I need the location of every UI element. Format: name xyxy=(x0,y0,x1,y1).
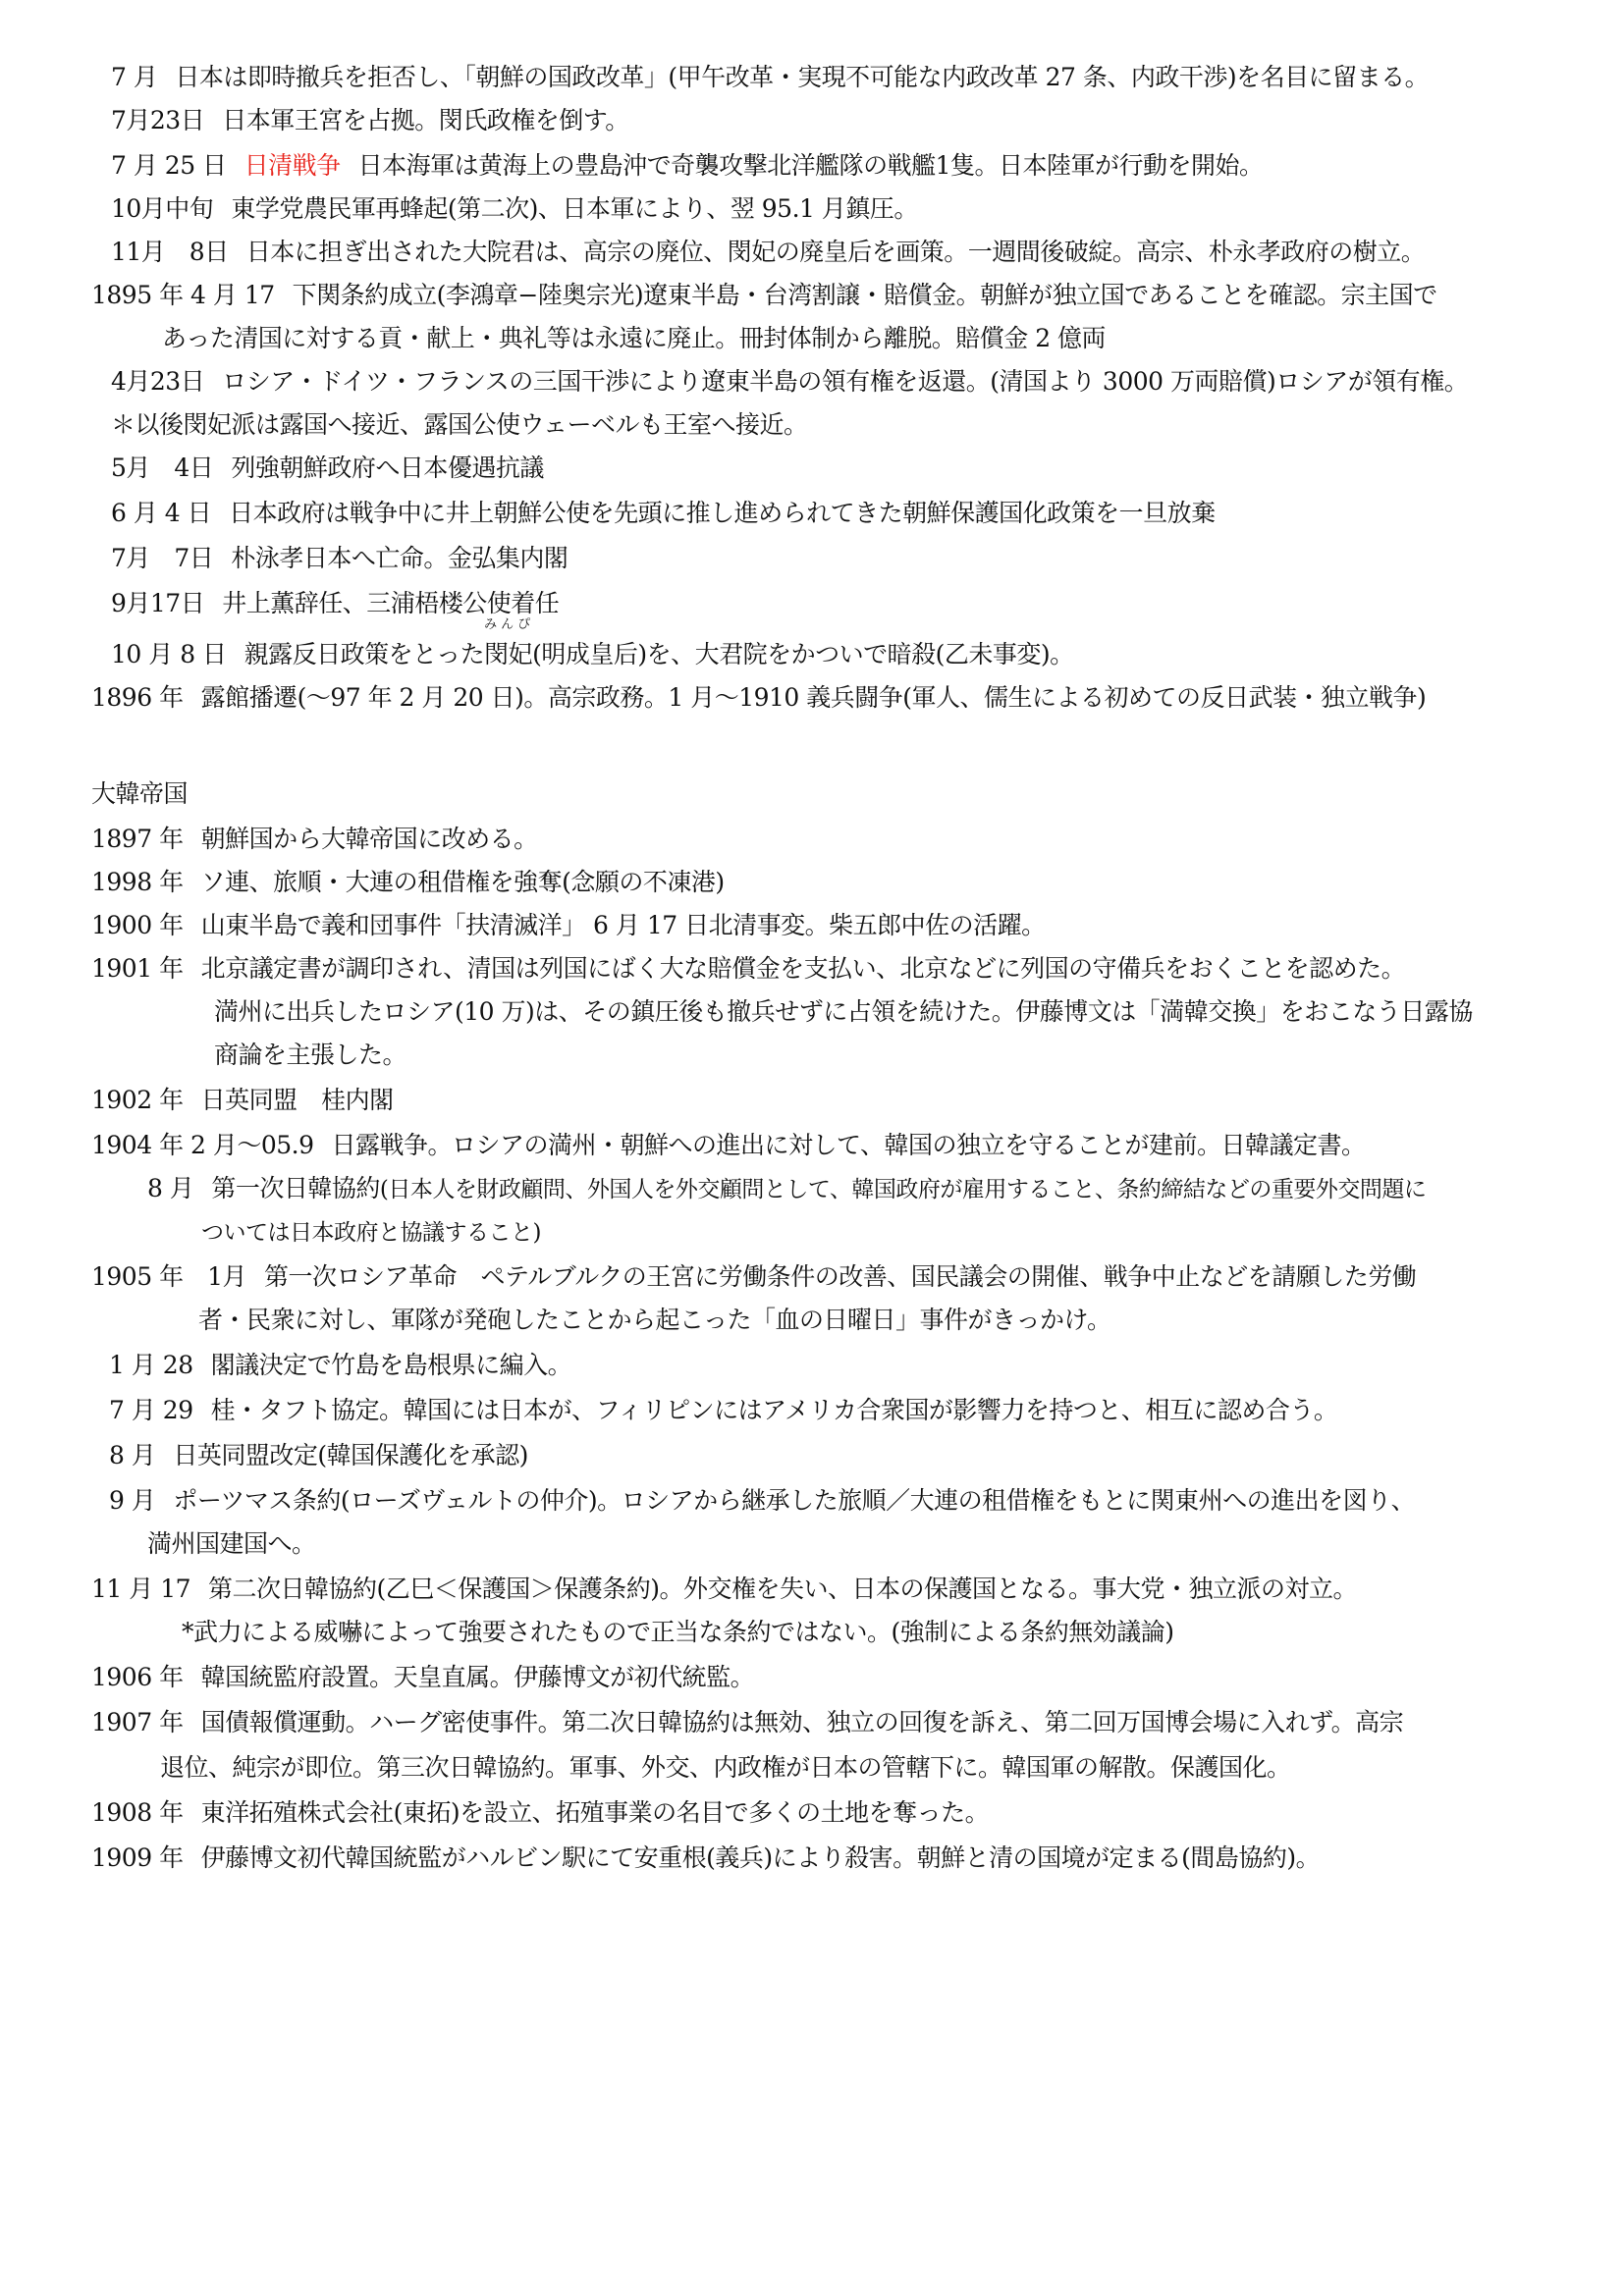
section-heading-text: 大韓帝国 xyxy=(91,779,188,808)
timeline-entry: 7 月日本は即時撤兵を拒否し、「朝鮮の国政改革」(甲午改革・実現不可能な内政改革… xyxy=(111,61,1429,94)
timeline-entry: ついては日本政府と協議すること) xyxy=(201,1215,541,1250)
entry-date: 11 月 17 xyxy=(91,1575,190,1603)
document-page: 7 月日本は即時撤兵を拒否し、「朝鮮の国政改革」(甲午改革・実現不可能な内政改革… xyxy=(0,0,1624,2296)
entry-text: 日本に担ぎ出された大院君は、高宗の廃位、閔妃の廃皇后を画策。一週間後破綻。高宗、… xyxy=(246,238,1426,266)
entry-text: 列強朝鮮政府へ日本優遇抗議 xyxy=(231,454,544,482)
entry-text: 朴泳孝日本へ亡命。金弘集内閣 xyxy=(231,544,568,572)
entry-text: 山東半島で義和団事件「扶清滅洋」 6 月 17 日北清事変。柴五郎中佐の活躍。 xyxy=(201,911,1046,939)
entry-text: 日本は即時撤兵を拒否し、「朝鮮の国政改革」(甲午改革・実現不可能な内政改革 27… xyxy=(175,63,1429,91)
entry-text: *武力による威嚇によって強要されたもので正当な条約ではない。(強制による条約無効… xyxy=(182,1618,1174,1646)
timeline-entry: 1904 年 2 月〜05.9日露戦争。ロシアの満州・朝鮮への進出に対して、韓国… xyxy=(91,1129,1366,1162)
entry-text: 日英同盟改定(韓国保護化を承認) xyxy=(173,1441,528,1469)
timeline-entry: 10月中旬東学党農民軍再蜂起(第二次)、日本軍により、翌 95.1 月鎮圧。 xyxy=(111,192,918,226)
entry-text: 満州国建国へ。 xyxy=(147,1529,316,1558)
entry-text: (明成皇后)を、大君院をかついで暗殺(乙未事変)。 xyxy=(532,640,1074,668)
entry-text: 閣議決定で竹島を島根県に編入。 xyxy=(211,1351,572,1379)
entry-text: 商論を主張した。 xyxy=(214,1041,406,1069)
timeline-entry: 9月17日井上薫辞任、三浦梧楼公使着任 xyxy=(111,587,559,620)
timeline-entry: 1906 年韓国統監府設置。天皇直属。伊藤博文が初代統監。 xyxy=(91,1661,754,1694)
entry-text: 韓国統監府設置。天皇直属。伊藤博文が初代統監。 xyxy=(201,1663,755,1691)
entry-text: 井上薫辞任、三浦梧楼公使着任 xyxy=(222,589,559,617)
timeline-entry: 7 月 29桂・タフト協定。韓国には日本が、フィリピンにはアメリカ合衆国が影響力… xyxy=(109,1394,1337,1427)
entry-date: 1901 年 xyxy=(91,954,184,983)
entry-text: 下関条約成立(李鴻章−陸奥宗光)遼東半島・台湾割譲・賠償金。朝鮮が独立国であるこ… xyxy=(293,281,1437,309)
entry-date: 1998 年 xyxy=(91,868,184,896)
timeline-entry: 9 月ポーツマス条約(ローズヴェルトの仲介)。ロシアから継承した旅順／大連の租借… xyxy=(109,1484,1415,1518)
entry-date: 1907 年 xyxy=(91,1708,184,1736)
timeline-entry: 11月 8日日本に担ぎ出された大院君は、高宗の廃位、閔妃の廃皇后を画策。一週間後… xyxy=(111,236,1425,269)
entry-text: 親露反日政策をとった xyxy=(244,640,485,668)
entry-text: 満州に出兵したロシア(10 万)は、その鎮圧後も撤兵せずに占領を続けた。伊藤博文… xyxy=(214,997,1473,1026)
timeline-entry: 者・民衆に対し、軍隊が発砲したことから起こった「血の日曜日」事件がきっかけ。 xyxy=(198,1304,1111,1337)
entry-text: 朝鮮国から大韓帝国に改める。 xyxy=(201,825,538,853)
timeline-entry: 10 月 8 日親露反日政策をとったみんぴ閔妃(明成皇后)を、大君院をかついで暗… xyxy=(111,638,1074,671)
entry-date: 1895 年 4 月 17 xyxy=(91,281,275,309)
entry-date: 1897 年 xyxy=(91,825,184,853)
timeline-entry: 7月 7日朴泳孝日本へ亡命。金弘集内閣 xyxy=(111,542,568,575)
entry-date: 7 月 xyxy=(111,63,157,91)
timeline-entry: 退位、純宗が即位。第三次日韓協約。軍事、外交、内政権が日本の管轄下に。韓国軍の解… xyxy=(160,1751,1291,1785)
entry-date: 1904 年 2 月〜05.9 xyxy=(91,1131,314,1159)
entry-text: 退位、純宗が即位。第三次日韓協約。軍事、外交、内政権が日本の管轄下に。韓国軍の解… xyxy=(160,1753,1291,1782)
entry-text: 日本軍王宮を占拠。閔氏政権を倒す。 xyxy=(222,106,629,134)
timeline-entry: 1901 年北京議定書が調印され、清国は列国にばく大な賠償金を支払い、北京などに… xyxy=(91,952,1405,986)
timeline-entry: 1908 年東洋拓殖株式会社(東拓)を設立、拓殖事業の名目で多くの土地を奪った。 xyxy=(91,1796,989,1830)
entry-text: 者・民衆に対し、軍隊が発砲したことから起こった「血の日曜日」事件がきっかけ。 xyxy=(198,1306,1111,1334)
entry-text: 日露戦争。ロシアの満州・朝鮮への進出に対して、韓国の独立を守ることが建前。日韓議… xyxy=(332,1131,1366,1159)
entry-text: ポーツマス条約(ローズヴェルトの仲介)。ロシアから継承した旅順／大連の租借権をも… xyxy=(173,1486,1415,1515)
entry-text: 桂・タフト協定。韓国には日本が、フィリピンにはアメリカ合衆国が影響力を持つと、相… xyxy=(211,1396,1338,1424)
timeline-entry: 1 月 28閣議決定で竹島を島根県に編入。 xyxy=(109,1349,571,1382)
entry-date: 1896 年 xyxy=(91,683,184,712)
entry-date: 8 月 xyxy=(147,1174,193,1202)
ruby-base: 閔妃 xyxy=(484,640,532,668)
entry-text: 東洋拓殖株式会社(東拓)を設立、拓殖事業の名目で多くの土地を奪った。 xyxy=(201,1798,990,1827)
timeline-entry: ＊以後閔妃派は露国へ接近、露国公使ウェーベルも王室へ接近。 xyxy=(111,408,808,442)
timeline-entry: あった清国に対する貢・献上・典礼等は永遠に廃止。冊封体制から離脱。賠償金 2 億… xyxy=(162,322,1106,355)
entry-text: 露館播遷(〜97 年 2 月 20 日)。高宗政務。1 月〜1910 義兵闘争(… xyxy=(201,683,1427,712)
entry-date: 7月 7日 xyxy=(111,544,213,572)
timeline-entry: 1900 年山東半島で義和団事件「扶清滅洋」 6 月 17 日北清事変。柴五郎中… xyxy=(91,909,1046,942)
timeline-entry: 5月 4日列強朝鮮政府へ日本優遇抗議 xyxy=(111,452,544,485)
entry-date: 5月 4日 xyxy=(111,454,213,482)
timeline-entry: 1895 年 4 月 17下関条約成立(李鴻章−陸奥宗光)遼東半島・台湾割譲・賠… xyxy=(91,279,1437,312)
timeline-entry: 1905 年 1月第一次ロシア革命 ペテルブルクの王宮に労働条件の改善、国民議会… xyxy=(91,1260,1416,1294)
entry-date: 10 月 8 日 xyxy=(111,640,227,668)
entry-text: 第一次ロシア革命 ペテルブルクの王宮に労働条件の改善、国民議会の開催、戦争中止な… xyxy=(264,1262,1416,1291)
entry-text: 第二次日韓協約(乙巳＜保護国＞保護条約)。外交権を失い、日本の保護国となる。事大… xyxy=(208,1575,1357,1603)
timeline-entry: 7月23日日本軍王宮を占拠。閔氏政権を倒す。 xyxy=(111,104,629,137)
timeline-entry: 1909 年伊藤博文初代韓国統監がハルビン駅にて安重根(義兵)により殺害。朝鮮と… xyxy=(91,1842,1320,1875)
entry-date: 8 月 xyxy=(109,1441,155,1469)
timeline-entry: 7 月 25 日日清戦争日本海軍は黄海上の豊島沖で奇襲攻撃北洋艦隊の戦艦1隻。日… xyxy=(111,149,1264,183)
ruby-annotated-name: みんぴ閔妃 xyxy=(484,638,532,671)
highlighted-event: 日清戦争 xyxy=(244,151,341,180)
timeline-entry: 1896 年露館播遷(〜97 年 2 月 20 日)。高宗政務。1 月〜1910… xyxy=(91,681,1426,715)
entry-title: 第一次日韓協約 xyxy=(211,1174,380,1202)
entry-date: 10月中旬 xyxy=(111,194,213,223)
timeline-entry: 4月23日ロシア・ドイツ・フランスの三国干渉により遼東半島の領有権を返還。(清国… xyxy=(111,365,1468,399)
timeline-entry: 6 月 4 日日本政府は戦争中に井上朝鮮公使を先頭に推し進められてきた朝鮮保護国… xyxy=(111,497,1216,530)
entry-text: ついては日本政府と協議すること) xyxy=(201,1220,541,1246)
entry-text: (日本人を財政顧問、外国人を外交顧問として、韓国政府が雇用すること、条約締結など… xyxy=(380,1177,1427,1202)
entry-text: ＊以後閔妃派は露国へ接近、露国公使ウェーベルも王室へ接近。 xyxy=(111,410,808,439)
entry-text: 日本政府は戦争中に井上朝鮮公使を先頭に推し進められてきた朝鮮保護国化政策を一旦放… xyxy=(229,499,1216,527)
entry-date: 1 月 28 xyxy=(109,1351,193,1379)
entry-date: 4月23日 xyxy=(111,367,204,396)
entry-date: 7 月 25 日 xyxy=(111,151,227,180)
entry-date: 1906 年 xyxy=(91,1663,184,1691)
entry-text: ロシア・ドイツ・フランスの三国干渉により遼東半島の領有権を返還。(清国より 30… xyxy=(222,367,1468,396)
entry-date: 7月23日 xyxy=(111,106,204,134)
ruby-reading: みんぴ xyxy=(484,618,532,632)
entry-date: 1902 年 xyxy=(91,1086,184,1114)
timeline-entry: 1897 年朝鮮国から大韓帝国に改める。 xyxy=(91,823,538,856)
entry-date: 7 月 29 xyxy=(109,1396,193,1424)
entry-text: 東学党農民軍再蜂起(第二次)、日本軍により、翌 95.1 月鎮圧。 xyxy=(231,194,918,223)
timeline-entry: 商論を主張した。 xyxy=(214,1039,406,1072)
entry-text: 日英同盟 桂内閣 xyxy=(201,1086,394,1114)
entry-date: 1909 年 xyxy=(91,1843,184,1872)
entry-date: 1908 年 xyxy=(91,1798,184,1827)
entry-date: 1905 年 1月 xyxy=(91,1262,246,1291)
entry-date: 9月17日 xyxy=(111,589,204,617)
timeline-entry: 1998 年ソ連、旅順・大連の租借権を強奪(念願の不凍港) xyxy=(91,866,725,899)
timeline-entry: *武力による威嚇によって強要されたもので正当な条約ではない。(強制による条約無効… xyxy=(182,1616,1174,1649)
entry-text: 伊藤博文初代韓国統監がハルビン駅にて安重根(義兵)により殺害。朝鮮と清の国境が定… xyxy=(201,1843,1321,1872)
entry-date: 9 月 xyxy=(109,1486,155,1515)
timeline-entry: 1902 年日英同盟 桂内閣 xyxy=(91,1084,394,1117)
entry-text: あった清国に対する貢・献上・典礼等は永遠に廃止。冊封体制から離脱。賠償金 2 億… xyxy=(162,324,1106,352)
timeline-entry: 11 月 17第二次日韓協約(乙巳＜保護国＞保護条約)。外交権を失い、日本の保護… xyxy=(91,1573,1357,1606)
entry-date: 11月 8日 xyxy=(111,238,229,266)
entry-date: 6 月 4 日 xyxy=(111,499,211,527)
section-heading: 大韓帝国 xyxy=(91,777,188,811)
timeline-entry: 8 月第一次日韓協約(日本人を財政顧問、外国人を外交顧問として、韓国政府が雇用す… xyxy=(147,1172,1426,1206)
entry-text: 北京議定書が調印され、清国は列国にばく大な賠償金を支払い、北京などに列国の守備兵… xyxy=(201,954,1406,983)
timeline-entry: 1907 年国債報償運動。ハーグ密使事件。第二次日韓協約は無効、独立の回復を訴え… xyxy=(91,1706,1403,1739)
entry-text: 日本海軍は黄海上の豊島沖で奇襲攻撃北洋艦隊の戦艦1隻。日本陸軍が行動を開始。 xyxy=(358,151,1264,180)
timeline-entry: 満州国建国へ。 xyxy=(147,1527,316,1561)
timeline-entry: 満州に出兵したロシア(10 万)は、その鎮圧後も撤兵せずに占領を続けた。伊藤博文… xyxy=(214,995,1473,1029)
entry-date: 1900 年 xyxy=(91,911,184,939)
entry-text: 国債報償運動。ハーグ密使事件。第二次日韓協約は無効、独立の回復を訴え、第二回万国… xyxy=(201,1708,1404,1736)
entry-text: ソ連、旅順・大連の租借権を強奪(念願の不凍港) xyxy=(201,868,725,896)
timeline-entry: 8 月日英同盟改定(韓国保護化を承認) xyxy=(109,1439,528,1472)
